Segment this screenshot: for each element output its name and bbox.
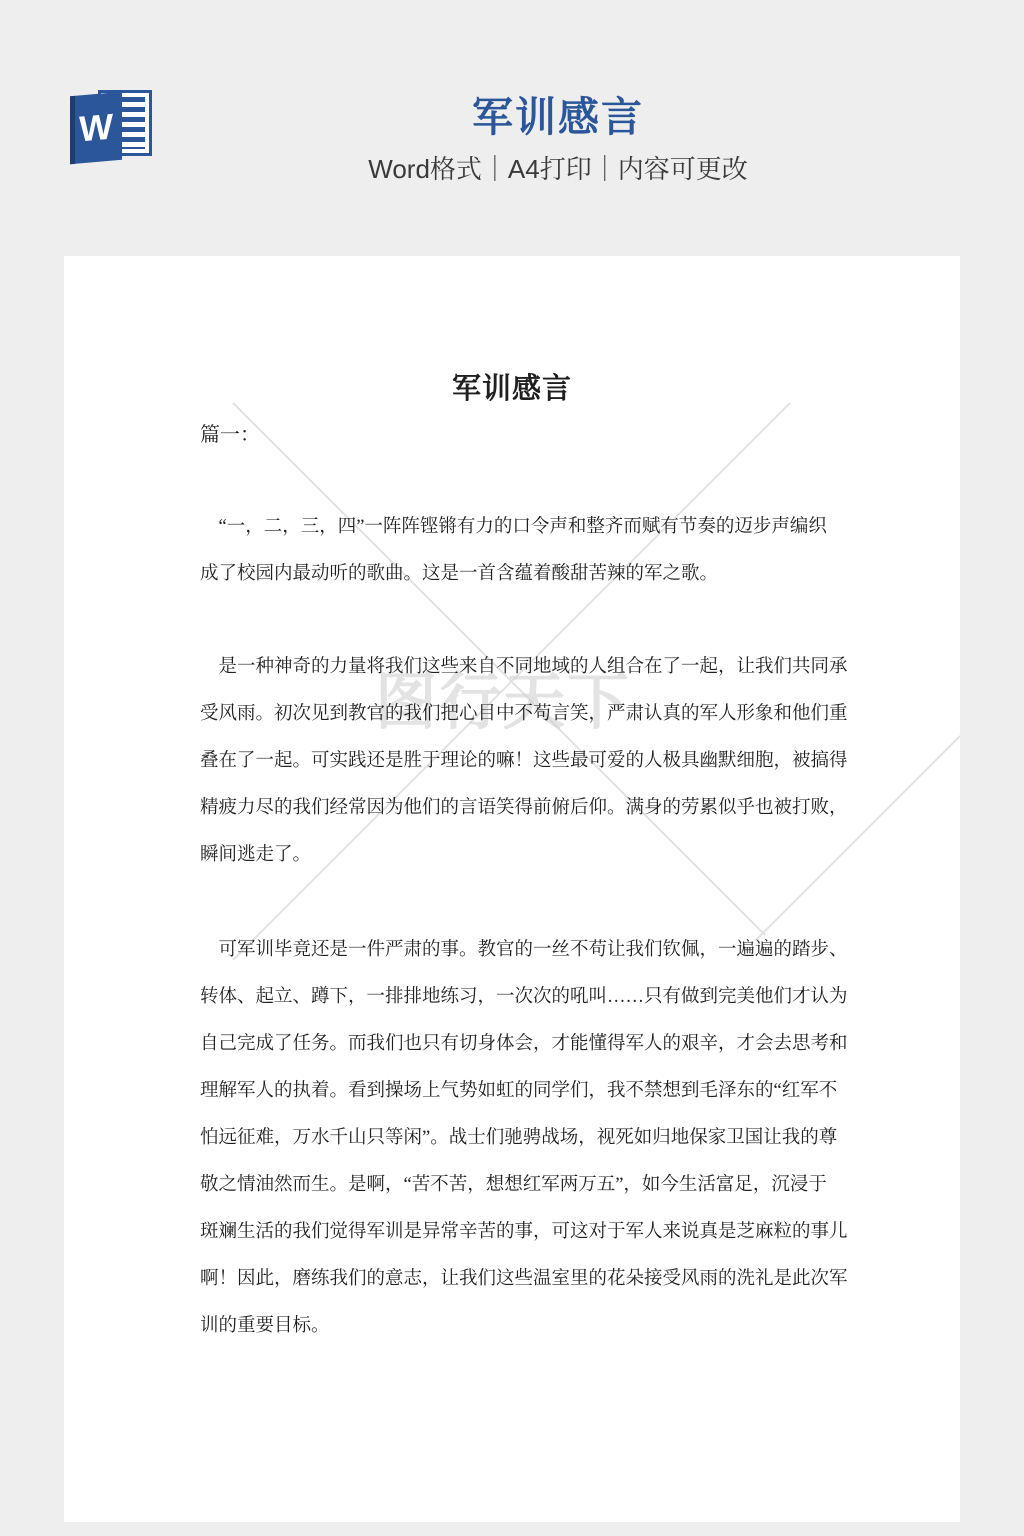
- text-line: 理解军人的执着。看到操场上气势如虹的同学们，我不禁想到毛泽东的“红军不: [200, 1068, 880, 1115]
- text-line: 是一种神奇的力量将我们这些来自不同地域的人组合在了一起，让我们共同承: [200, 644, 880, 691]
- text-line: 啊！因此，磨练我们的意志，让我们这些温室里的花朵接受风雨的洗礼是此次军: [200, 1256, 880, 1303]
- text-line: 斑斓生活的我们觉得军训是异常辛苦的事，可这对于军人来说真是芝麻粒的事儿: [200, 1209, 880, 1256]
- page-subtitle: Word格式｜A4打印｜内容可更改: [46, 152, 1024, 186]
- text-line: 敬之情油然而生。是啊，“苦不苦，想想红军两万五”，如今生活富足，沉浸于: [200, 1162, 880, 1209]
- document-content: 军训感言 篇一： “一，二，三，四”一阵阵铿锵有力的口令声和整齐而赋有节奏的迈步…: [64, 256, 960, 1522]
- page-title: 军训感言: [46, 92, 1024, 142]
- text-line: 成了校园内最动听的歌曲。这是一首含蕴着酸甜苦辣的军之歌。: [200, 551, 880, 598]
- text-line: 转体、起立、蹲下，一排排地练习，一次次的吼叫……只有做到完美他们才认为: [200, 974, 880, 1021]
- text-line: 可军训毕竟还是一件严肃的事。教官的一丝不苟让我们钦佩，一遍遍的踏步、: [200, 927, 880, 974]
- text-line: 叠在了一起。可实践还是胜于理论的嘛！这些最可爱的人极具幽默细胞，被搞得: [200, 738, 880, 785]
- text-line: 怕远征难，万水千山只等闲”。战士们驰骋战场，视死如归地保家卫国让我的尊: [200, 1115, 880, 1162]
- paragraph: 可军训毕竟还是一件严肃的事。教官的一丝不苟让我们钦佩，一遍遍的踏步、转体、起立、…: [200, 927, 880, 1350]
- text-line: “一，二，三，四”一阵阵铿锵有力的口令声和整齐而赋有节奏的迈步声编织: [200, 504, 880, 551]
- paragraph: “一，二，三，四”一阵阵铿锵有力的口令声和整齐而赋有节奏的迈步声编织成了校园内最…: [200, 504, 880, 598]
- text-line: 训的重要目标。: [200, 1303, 880, 1350]
- document-title: 军训感言: [64, 364, 960, 414]
- site-header: W 军训感言 Word格式｜A4打印｜内容可更改: [0, 0, 1024, 256]
- text-line: 自己完成了任务。而我们也只有切身体会，才能懂得军人的艰辛，才会去思考和: [200, 1021, 880, 1068]
- paragraph: 是一种神奇的力量将我们这些来自不同地域的人组合在了一起，让我们共同承受风雨。初次…: [200, 644, 880, 879]
- page-background: W 军训感言 Word格式｜A4打印｜内容可更改 图行天下 军训感言 篇一： “…: [0, 0, 1024, 1536]
- text-line: 瞬间逃走了。: [200, 832, 880, 879]
- text-line: 受风雨。初次见到教官的我们把心目中不苟言笑，严肃认真的军人形象和他们重: [200, 691, 880, 738]
- section-label: 篇一：: [200, 412, 260, 459]
- text-line: 精疲力尽的我们经常因为他们的言语笑得前俯后仰。满身的劳累似乎也被打败，: [200, 785, 880, 832]
- document-page: 图行天下 军训感言 篇一： “一，二，三，四”一阵阵铿锵有力的口令声和整齐而赋有…: [64, 256, 960, 1522]
